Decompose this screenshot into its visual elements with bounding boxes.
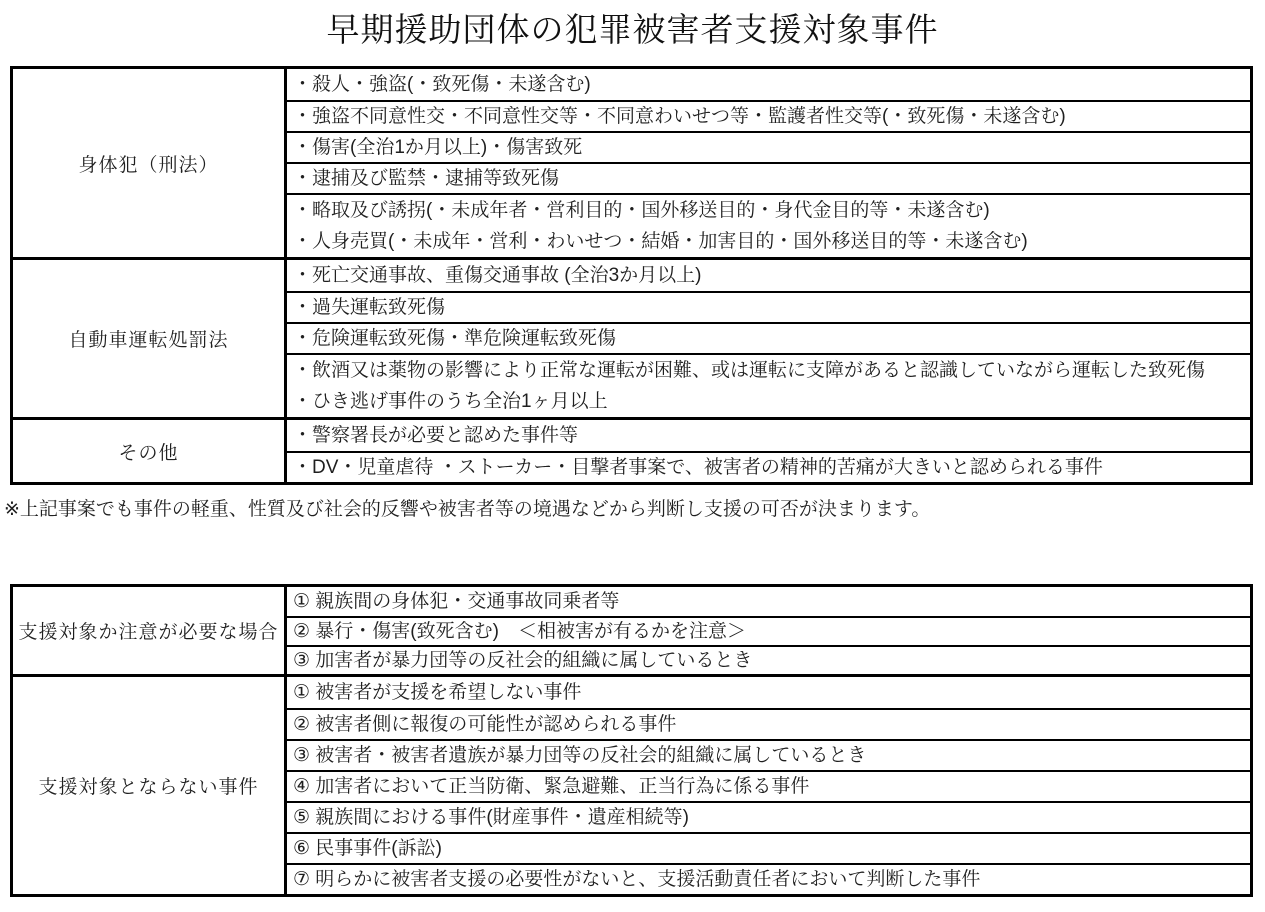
case-row: ・飲酒又は薬物の影響により正常な運転が困難、或は運転に支障があると認識していなが… xyxy=(287,353,1250,417)
case-text: ① 親族間の身体犯・交通事故同乗者等 xyxy=(293,591,1250,612)
page-title: 早期援助団体の犯罪被害者支援対象事件 xyxy=(0,4,1265,51)
case-text: ⑥ 民事事件(訴訟) xyxy=(293,838,1250,859)
case-text: ・ひき逃げ事件のうち全治1ヶ月以上 xyxy=(293,391,1250,412)
case-text: ・DV・児童虐待 ・ストーカー・目撃者事案で、被害者の精神的苦痛が大きいと認めら… xyxy=(293,457,1250,478)
case-row: ・殺人・強盗(・致死傷・未遂含む) xyxy=(287,69,1250,100)
case-text: ・強盗不同意性交・不同意性交等・不同意わいせつ等・監護者性交等(・致死傷・未遂含… xyxy=(293,106,1250,127)
case-text: ① 被害者が支援を希望しない事件 xyxy=(293,682,1250,703)
document-page: 早期援助団体の犯罪被害者支援対象事件 身体犯（刑法） ・殺人・強盗(・致死傷・未… xyxy=(0,0,1265,912)
category-cell-other: その他 xyxy=(13,420,287,482)
case-text: ⑦ 明らかに被害者支援の必要性がないと、支援活動責任者において判断した事件 xyxy=(293,869,1250,890)
case-rows: ・死亡交通事故、重傷交通事故 (全治3か月以上) ・過失運転致死傷 ・危険運転致… xyxy=(287,260,1250,417)
case-text: ・死亡交通事故、重傷交通事故 (全治3か月以上) xyxy=(293,265,1250,286)
section-body-crimes: 身体犯（刑法） ・殺人・強盗(・致死傷・未遂含む) ・強盗不同意性交・不同意性交… xyxy=(13,69,1250,257)
case-row: ・死亡交通事故、重傷交通事故 (全治3か月以上) xyxy=(287,260,1250,291)
case-rows: ・警察署長が必要と認めた事件等 ・DV・児童虐待 ・ストーカー・目撃者事案で、被… xyxy=(287,420,1250,482)
case-text: ⑤ 親族間における事件(財産事件・遺産相続等) xyxy=(293,807,1250,828)
case-text: ・警察署長が必要と認めた事件等 xyxy=(293,425,1250,446)
case-rows: ・殺人・強盗(・致死傷・未遂含む) ・強盗不同意性交・不同意性交等・不同意わいせ… xyxy=(287,69,1250,257)
section-caution-cases: 支援対象か注意が必要な場合 ① 親族間の身体犯・交通事故同乗者等 ② 暴行・傷害… xyxy=(13,587,1250,674)
category-label: 支援対象か注意が必要な場合 xyxy=(18,617,278,644)
case-row: ・過失運転致死傷 xyxy=(287,291,1250,322)
case-text: ② 暴行・傷害(致死含む) ＜相被害が有るかを注意＞ xyxy=(293,621,1250,642)
case-row: ③ 加害者が暴力団等の反社会的組織に属しているとき xyxy=(287,645,1250,674)
category-label: 身体犯（刑法） xyxy=(78,150,218,177)
case-text: ・傷害(全治1か月以上)・傷害致死 xyxy=(293,137,1250,158)
case-row: ① 親族間の身体犯・交通事故同乗者等 xyxy=(287,587,1250,616)
case-row: ・略取及び誘拐(・未成年者・営利目的・国外移送目的・身代金目的等・未遂含む) ・… xyxy=(287,193,1250,257)
case-text: ・人身売買(・未成年・営利・わいせつ・結婚・加害目的・国外移送目的等・未遂含む) xyxy=(293,231,1250,252)
case-row: ③ 被害者・被害者遺族が暴力団等の反社会的組織に属しているとき xyxy=(287,739,1250,770)
case-row: ⑤ 親族間における事件(財産事件・遺産相続等) xyxy=(287,801,1250,832)
case-text: ・過失運転致死傷 xyxy=(293,297,1250,318)
case-row: ・強盗不同意性交・不同意性交等・不同意わいせつ等・監護者性交等(・致死傷・未遂含… xyxy=(287,100,1250,131)
case-rows: ① 親族間の身体犯・交通事故同乗者等 ② 暴行・傷害(致死含む) ＜相被害が有る… xyxy=(287,587,1250,674)
section-excluded-cases: 支援対象とならない事件 ① 被害者が支援を希望しない事件 ② 被害者側に報復の可… xyxy=(13,674,1250,894)
case-rows: ① 被害者が支援を希望しない事件 ② 被害者側に報復の可能性が認められる事件 ③… xyxy=(287,677,1250,894)
case-row: ⑦ 明らかに被害者支援の必要性がないと、支援活動責任者において判断した事件 xyxy=(287,863,1250,894)
case-text: ③ 被害者・被害者遺族が暴力団等の反社会的組織に属しているとき xyxy=(293,745,1250,766)
category-cell-excluded: 支援対象とならない事件 xyxy=(13,677,287,894)
section-driving-offenses: 自動車運転処罰法 ・死亡交通事故、重傷交通事故 (全治3か月以上) ・過失運転致… xyxy=(13,257,1250,417)
case-text: ・飲酒又は薬物の影響により正常な運転が困難、或は運転に支障があると認識していなが… xyxy=(293,360,1250,381)
eligibility-notes-table: 支援対象か注意が必要な場合 ① 親族間の身体犯・交通事故同乗者等 ② 暴行・傷害… xyxy=(10,584,1253,897)
category-cell-caution: 支援対象か注意が必要な場合 xyxy=(13,587,287,674)
footnote: ※上記事案でも事件の軽重、性質及び社会的反響や被害者等の境遇などから判断し支援の… xyxy=(4,494,1265,521)
case-row: ④ 加害者において正当防衛、緊急避難、正当行為に係る事件 xyxy=(287,770,1250,801)
case-row: ・DV・児童虐待 ・ストーカー・目撃者事案で、被害者の精神的苦痛が大きいと認めら… xyxy=(287,451,1250,482)
supported-cases-table: 身体犯（刑法） ・殺人・強盗(・致死傷・未遂含む) ・強盗不同意性交・不同意性交… xyxy=(10,66,1253,485)
case-row: ・逮捕及び監禁・逮捕等致死傷 xyxy=(287,162,1250,193)
category-label: 支援対象とならない事件 xyxy=(38,772,258,799)
case-row: ・危険運転致死傷・準危険運転致死傷 xyxy=(287,322,1250,353)
case-text: ・略取及び誘拐(・未成年者・営利目的・国外移送目的・身代金目的等・未遂含む) xyxy=(293,200,1250,221)
section-other: その他 ・警察署長が必要と認めた事件等 ・DV・児童虐待 ・ストーカー・目撃者事… xyxy=(13,417,1250,482)
case-text: ・殺人・強盗(・致死傷・未遂含む) xyxy=(293,74,1250,95)
case-text: ④ 加害者において正当防衛、緊急避難、正当行為に係る事件 xyxy=(293,776,1250,797)
category-cell-driving-offenses: 自動車運転処罰法 xyxy=(13,260,287,417)
case-row: ② 暴行・傷害(致死含む) ＜相被害が有るかを注意＞ xyxy=(287,616,1250,645)
case-text: ・逮捕及び監禁・逮捕等致死傷 xyxy=(293,168,1250,189)
case-text: ③ 加害者が暴力団等の反社会的組織に属しているとき xyxy=(293,650,1250,671)
case-row: ・警察署長が必要と認めた事件等 xyxy=(287,420,1250,451)
category-label: その他 xyxy=(118,438,178,465)
category-label: 自動車運転処罰法 xyxy=(68,325,228,352)
case-text: ・危険運転致死傷・準危険運転致死傷 xyxy=(293,328,1250,349)
case-row: ① 被害者が支援を希望しない事件 xyxy=(287,677,1250,708)
category-cell-body-crimes: 身体犯（刑法） xyxy=(13,69,287,257)
case-row: ⑥ 民事事件(訴訟) xyxy=(287,832,1250,863)
case-row: ② 被害者側に報復の可能性が認められる事件 xyxy=(287,708,1250,739)
case-text: ② 被害者側に報復の可能性が認められる事件 xyxy=(293,714,1250,735)
case-row: ・傷害(全治1か月以上)・傷害致死 xyxy=(287,131,1250,162)
